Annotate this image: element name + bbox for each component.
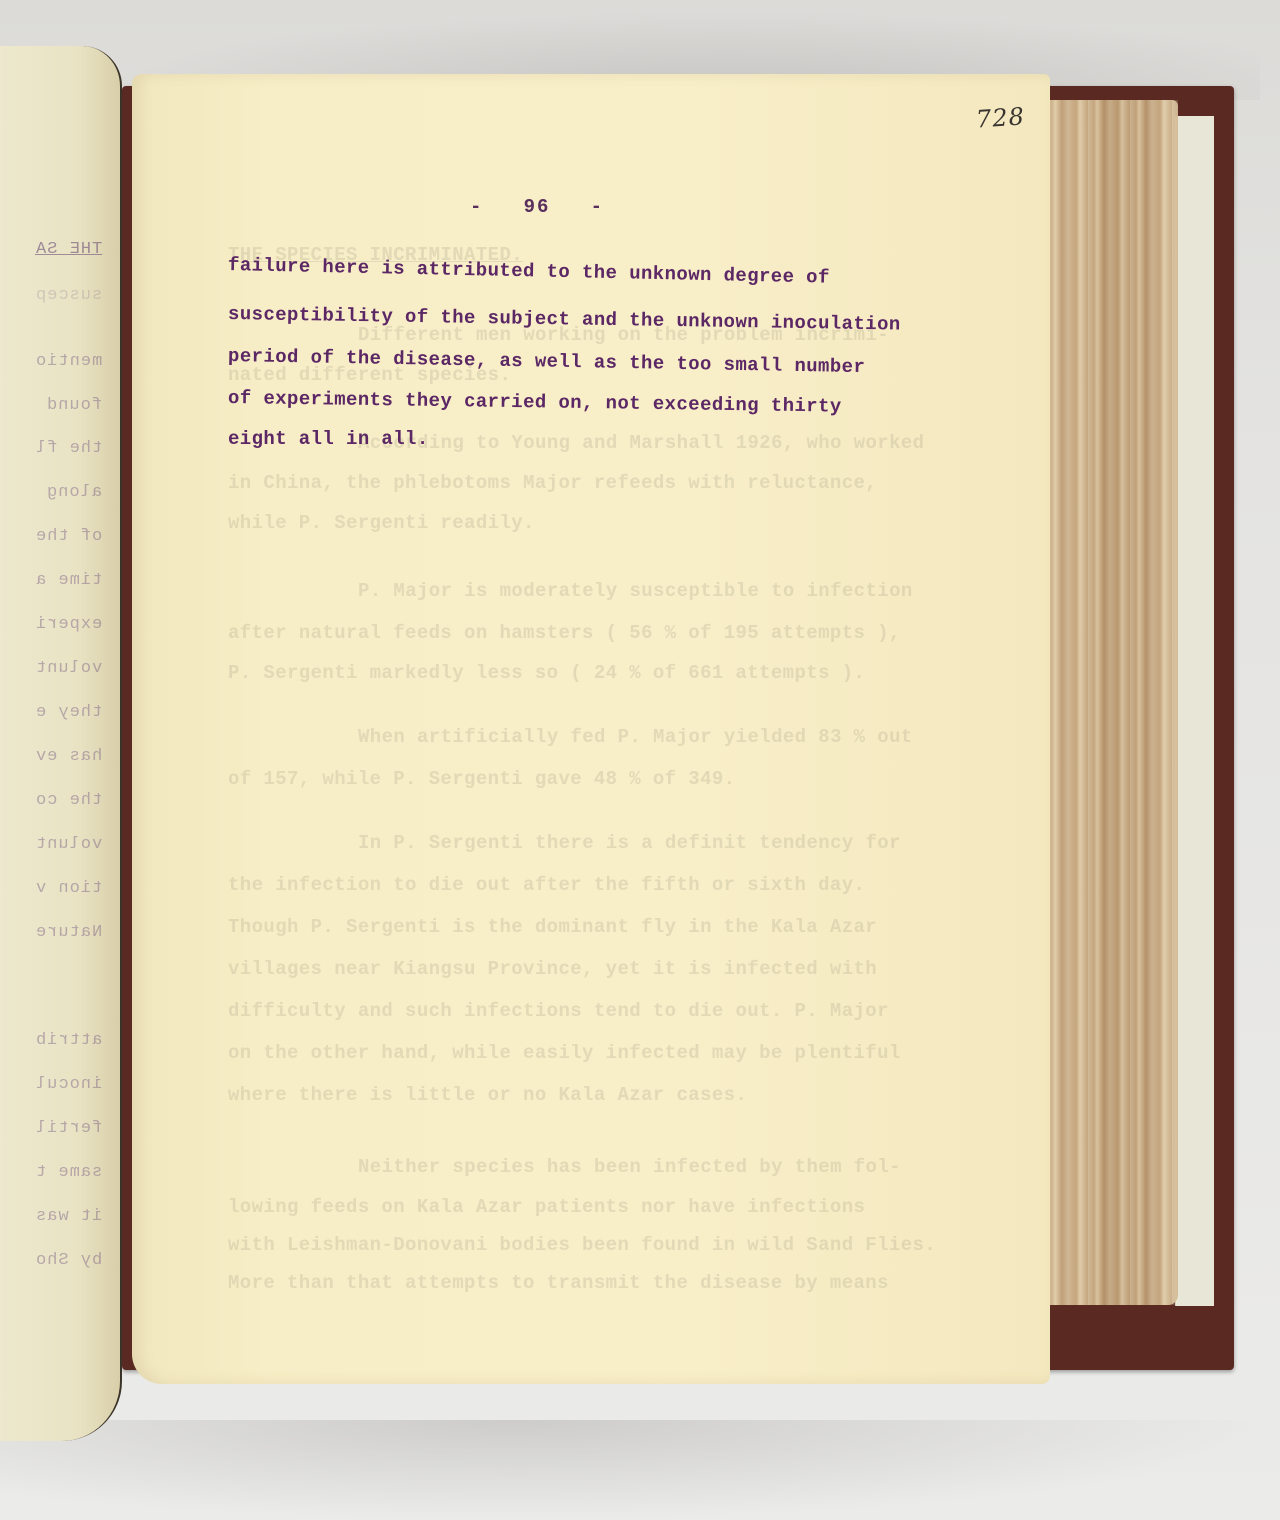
bleed-line: with Leishman-Donovani bodies been found… [228, 1234, 936, 1256]
mirrored-line: suscep [35, 286, 102, 305]
mirrored-line: the co [35, 791, 102, 810]
mirrored-line: tion v [35, 879, 102, 898]
mirrored-line: experi [35, 615, 102, 634]
mirrored-line: by Sho [35, 1251, 102, 1270]
bleed-line: P. Sergenti markedly less so ( 24 % of 6… [228, 662, 865, 684]
bleed-line: of 157, while P. Sergenti gave 48 % of 3… [228, 768, 735, 790]
book-shadow-bottom [0, 1420, 1280, 1520]
bleed-line: the infection to die out after the fifth… [228, 874, 865, 896]
bleed-line: In P. Sergenti there is a definit tenden… [358, 832, 901, 854]
bleed-line: where there is little or no Kala Azar ca… [228, 1084, 747, 1106]
bleed-line: in China, the phlebotoms Major refeeds w… [228, 472, 877, 494]
mirrored-heading: THE SA [35, 240, 102, 259]
mirrored-line: has ev [35, 747, 102, 766]
mirrored-line: mentio [35, 352, 102, 371]
mirrored-line: inocul [35, 1075, 102, 1094]
handwritten-folio-number: 728 [975, 102, 1026, 133]
bleed-line: More than that attempts to transmit the … [228, 1272, 889, 1294]
bleed-line: while P. Sergenti readily. [228, 512, 535, 534]
bleed-line: difficulty and such infections tend to d… [228, 1000, 889, 1022]
bleed-line: According to Young and Marshall 1926, wh… [358, 432, 925, 454]
mirrored-line: found [46, 396, 102, 415]
mirrored-line: volunt [35, 659, 102, 678]
mirrored-line: along [46, 483, 102, 502]
bleed-line: villages near Kiangsu Province, yet it i… [228, 958, 877, 980]
bleed-line: Though P. Sergenti is the dominant fly i… [228, 916, 877, 938]
bleed-line: on the other hand, while easily infected… [228, 1042, 901, 1064]
left-page: THE SA suscep mentio found the fl along … [0, 46, 122, 1441]
bleed-line: P. Major is moderately susceptible to in… [358, 580, 913, 602]
mirrored-line: they e [35, 703, 102, 722]
bleed-line: after natural feeds on hamsters ( 56 % o… [228, 622, 901, 644]
mirrored-line: volunt [35, 835, 102, 854]
endpaper [1175, 116, 1214, 1306]
mirrored-line: of the [35, 527, 102, 546]
bleed-line: When artificially fed P. Major yielded 8… [358, 726, 913, 748]
bleed-line: lowing feeds on Kala Azar patients nor h… [228, 1196, 865, 1218]
page-block-edges [1046, 100, 1178, 1305]
page-number: - 96 - [470, 196, 604, 218]
mirrored-line: attrib [35, 1031, 102, 1050]
text-line: eight all in all. [228, 428, 429, 450]
mirrored-line: time a [35, 571, 102, 590]
mirrored-line: same t [35, 1163, 102, 1182]
mirrored-line: fertil [35, 1119, 102, 1138]
mirrored-line: it was [35, 1207, 102, 1226]
bleed-line: Neither species has been infected by the… [358, 1156, 901, 1178]
mirrored-line: Nature [35, 923, 102, 942]
mirrored-line: the fl [35, 439, 102, 458]
